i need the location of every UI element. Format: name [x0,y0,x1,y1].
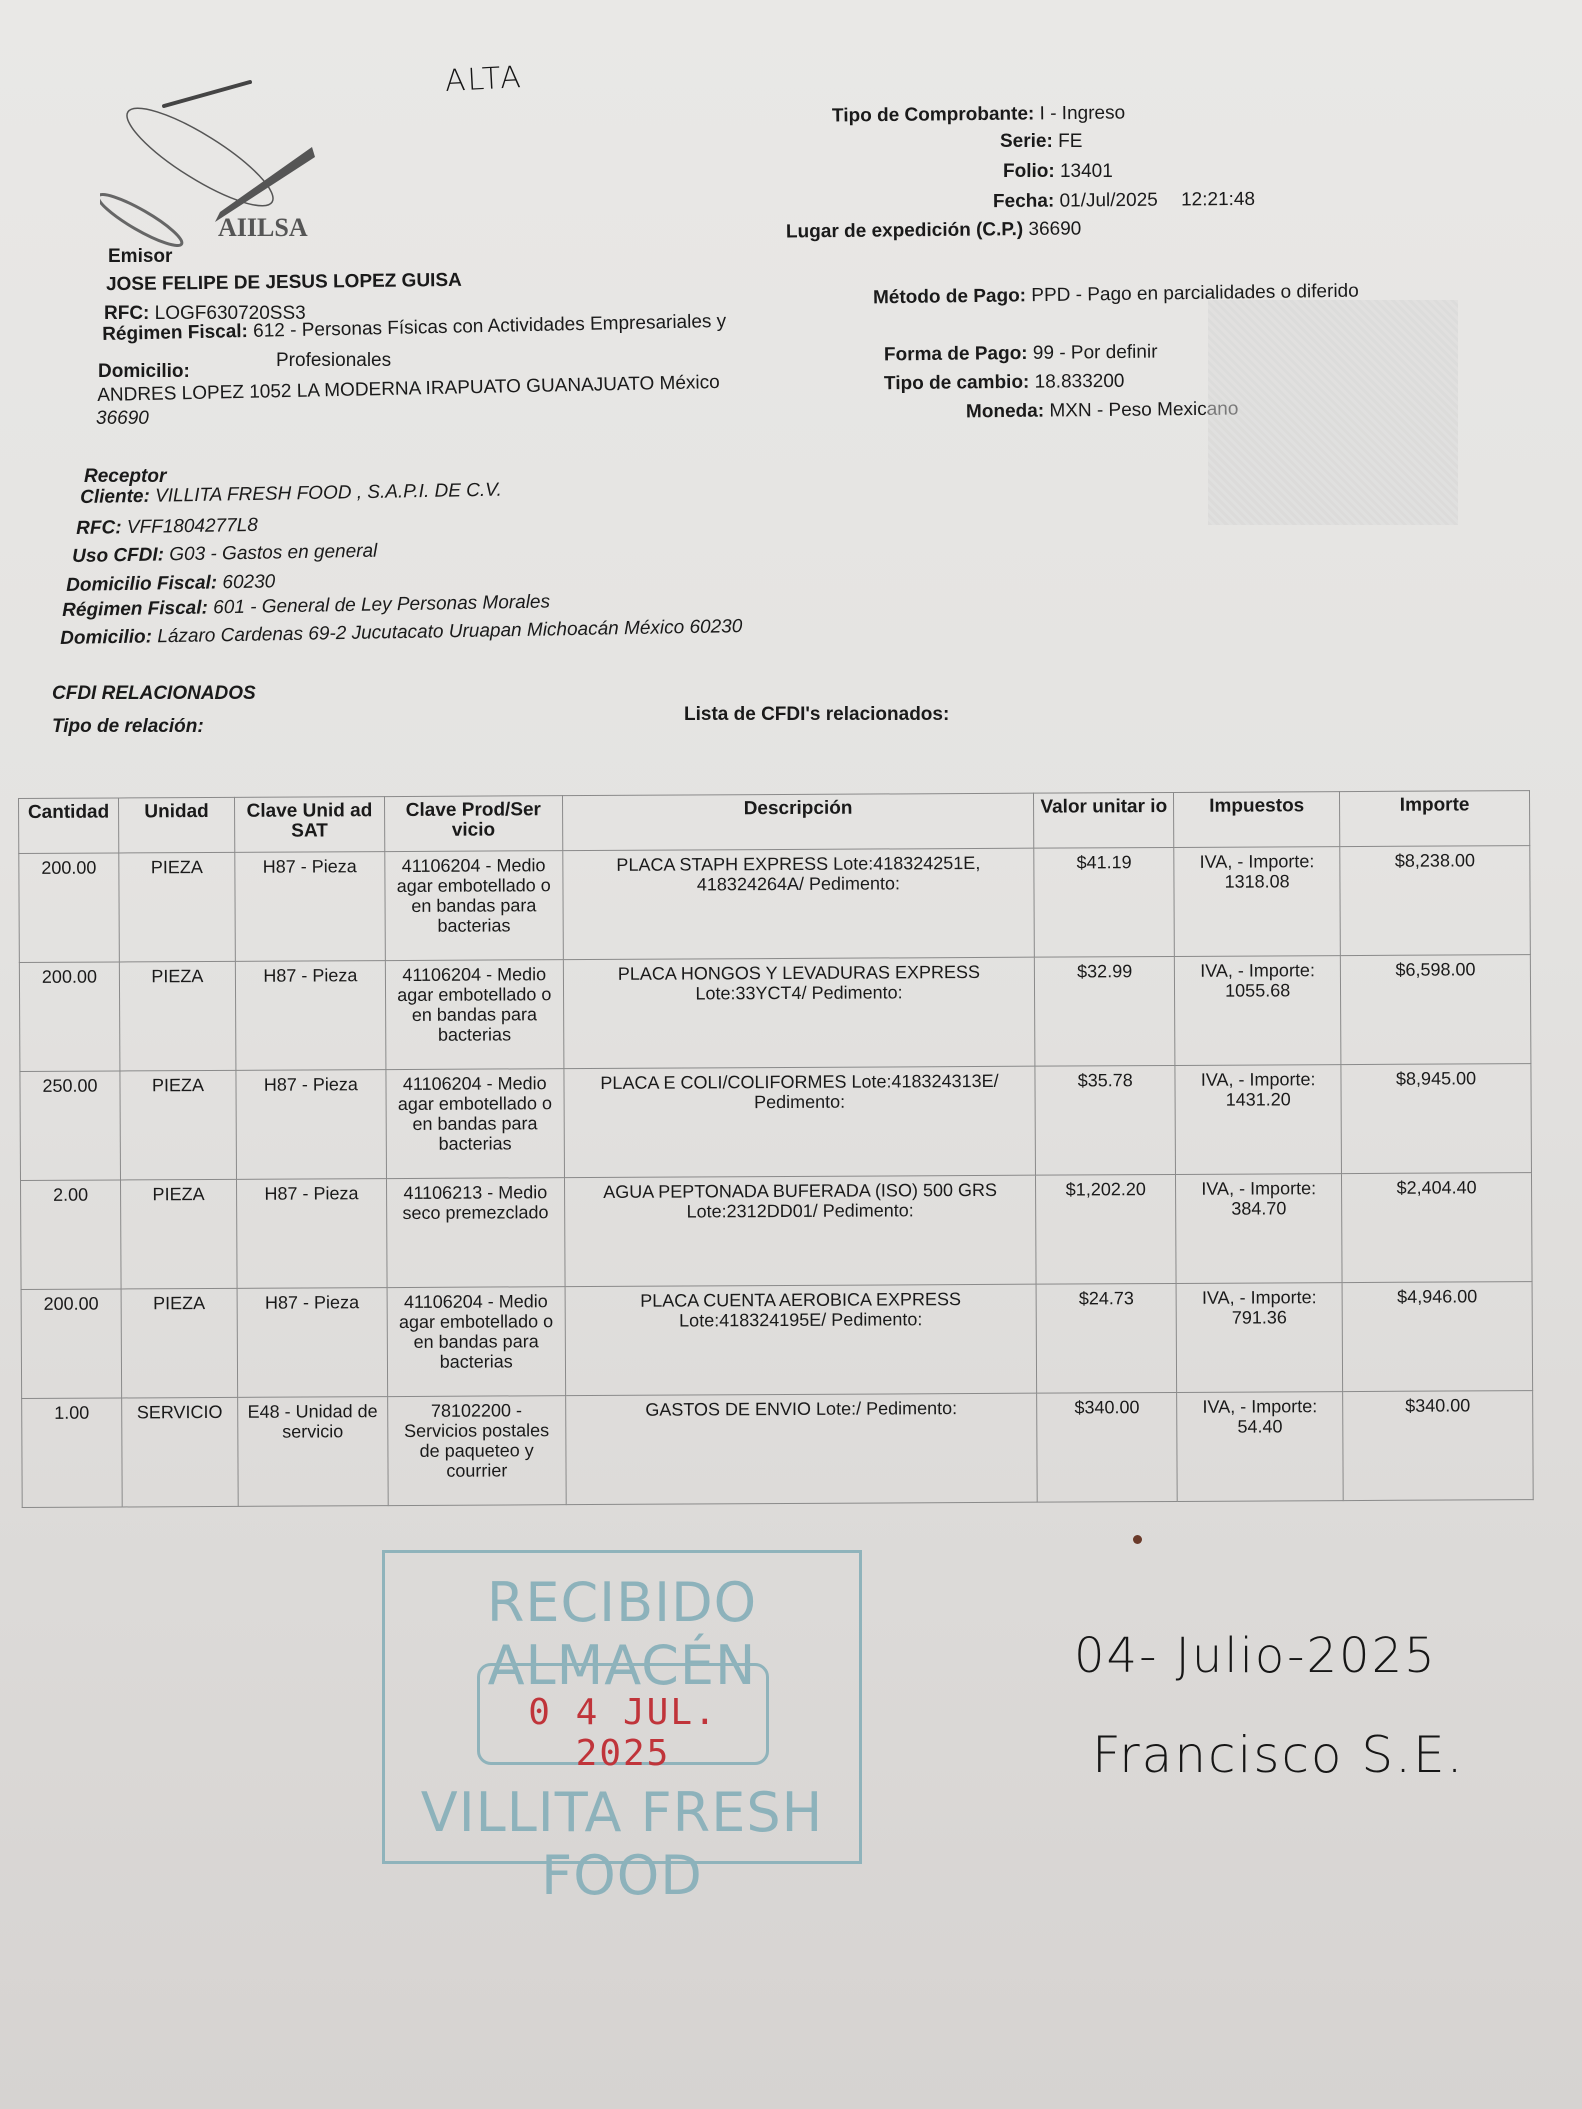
table-row: 2.00 PIEZA H87 - Pieza 41106213 - Medio … [21,1173,1533,1290]
forma-pago: Forma de Pago: 99 - Por definir [884,342,1158,367]
cell-valor-unitario: $24.73 [1036,1283,1176,1393]
cell-descripcion: AGUA PEPTONADA BUFERADA (ISO) 500 GRS Lo… [564,1175,1036,1286]
cambio-value: 18.833200 [1035,371,1125,393]
col-unidad: Unidad [118,797,234,853]
cell-impuestos: IVA, - Importe: 791.36 [1176,1283,1342,1393]
qr-code-icon [1208,300,1458,525]
fecha: Fecha: 01/Jul/2025 12:21:48 [993,189,1255,213]
receptor-domfiscal-value: 60230 [222,571,275,593]
cell-cantidad: 2.00 [21,1180,122,1290]
receptor-uso-cfdi: Uso CFDI: G03 - Gastos en general [72,541,378,568]
cambio-label: Tipo de cambio: [884,372,1030,395]
cell-cantidad: 1.00 [22,1398,123,1508]
lista-cfdi-label: Lista de CFDI's relacionados: [684,704,949,726]
cell-importe: $4,946.00 [1342,1282,1532,1392]
fecha-value: 01/Jul/2025 [1059,190,1157,212]
cell-valor-unitario: $340.00 [1037,1392,1177,1502]
table-row: 200.00 PIEZA H87 - Pieza 41106204 - Medi… [21,1282,1533,1399]
emisor-name: JOSE FELIPE DE JESUS LOPEZ GUISA [106,270,462,296]
lugar-expedicion: Lugar de expedición (C.P.) 36690 [786,218,1082,243]
cell-descripcion: PLACA HONGOS Y LEVADURAS EXPRESS Lote:33… [563,957,1035,1068]
emisor-domicilio-label: Domicilio: [98,361,190,383]
cell-descripcion: PLACA E COLI/COLIFORMES Lote:418324313E/… [564,1066,1036,1177]
stamp-date: 0 4 JUL. 2025 [480,1692,766,1774]
cell-impuestos: IVA, - Importe: 1431.20 [1175,1065,1341,1175]
handwritten-note-alta: ALTA [444,60,523,99]
col-impuestos: Impuestos [1174,792,1340,848]
receptor-rfc-value: VFF1804277L8 [127,515,258,538]
col-clave-unidad-sat: Clave Unid ad SAT [234,797,384,853]
col-clave-prod-serv: Clave Prod/Ser vicio [384,796,562,852]
receptor-domicilio: Domicilio: Lázaro Cardenas 69-2 Jucutaca… [60,616,743,650]
table-row: 200.00 PIEZA H87 - Pieza 41106204 - Medi… [19,955,1531,1072]
cell-importe: $6,598.00 [1340,955,1530,1065]
cell-impuestos: IVA, - Importe: 54.40 [1177,1392,1343,1502]
receptor-regimen-value: 601 - General de Ley Personas Morales [213,591,550,618]
receptor-domicilio-fiscal: Domicilio Fiscal: 60230 [66,571,275,597]
cell-unidad: PIEZA [119,961,236,1071]
tipo-cambio: Tipo de cambio: 18.833200 [884,371,1125,396]
table-header-row: Cantidad Unidad Clave Unid ad SAT Clave … [19,791,1530,854]
receptor-cliente-value: VILLITA FRESH FOOD , S.A.P.I. DE C.V. [155,480,502,507]
cell-descripcion: PLACA STAPH EXPRESS Lote:418324251E, 418… [563,848,1035,959]
tipo-comprobante: Tipo de Comprobante: I - Ingreso [832,102,1125,127]
handwritten-date: 04- Julio-2025 [1074,1628,1437,1684]
cell-impuestos: IVA, - Importe: 1055.68 [1175,956,1341,1066]
cell-cantidad: 200.00 [21,1289,122,1399]
serie-value: FE [1058,131,1082,152]
cell-importe: $2,404.40 [1342,1173,1532,1283]
stamp-date-box: 0 4 JUL. 2025 [477,1663,769,1765]
cell-clave-unidad: E48 - Unidad de servicio [238,1397,388,1507]
tipo-comprobante-label: Tipo de Comprobante: [832,103,1035,126]
cell-descripcion: GASTOS DE ENVIO Lote:/ Pedimento: [565,1393,1037,1504]
emisor-rfc-label: RFC: [104,303,149,324]
lugar-value: 36690 [1028,218,1081,240]
cell-clave-prod: 41106204 - Medio agar embotellado o en b… [386,1069,564,1179]
serie: Serie: FE [1000,131,1082,153]
cell-clave-prod: 78102200 - Servicios postales de paquete… [387,1396,565,1506]
cfdi-relacionados-heading: CFDI RELACIONADOS [52,683,256,705]
cell-unidad: PIEZA [121,1288,238,1398]
folio-value: 13401 [1060,161,1113,182]
col-importe: Importe [1340,791,1530,847]
cell-valor-unitario: $35.78 [1035,1065,1175,1175]
folio-label: Folio: [1003,161,1055,182]
cell-cantidad: 200.00 [19,962,120,1072]
cell-impuestos: IVA, - Importe: 384.70 [1176,1174,1342,1284]
cell-descripcion: PLACA CUENTA AEROBICA EXPRESS Lote:41832… [565,1284,1037,1395]
cell-valor-unitario: $41.19 [1034,847,1174,957]
cell-valor-unitario: $1,202.20 [1036,1174,1176,1284]
forma-label: Forma de Pago: [884,343,1028,366]
receptor-domfiscal-label: Domicilio Fiscal: [66,572,217,596]
cell-clave-prod: 41106204 - Medio agar embotellado o en b… [385,960,563,1070]
tipo-relacion-label: Tipo de relación: [52,716,204,738]
cell-unidad: PIEZA [119,852,236,962]
ink-dot [1133,1535,1142,1544]
table-row: 250.00 PIEZA H87 - Pieza 41106204 - Medi… [20,1064,1532,1181]
logo-text: AIILSA [218,213,308,243]
cell-importe: $340.00 [1343,1391,1533,1501]
receptor-domicilio-value: Lázaro Cardenas 69-2 Jucutacato Uruapan … [157,616,742,647]
cell-clave-unidad: H87 - Pieza [235,852,385,962]
cell-clave-prod: 41106213 - Medio seco premezclado [386,1178,564,1288]
items-table: Cantidad Unidad Clave Unid ad SAT Clave … [18,790,1534,1508]
cell-clave-prod: 41106204 - Medio agar embotellado o en b… [385,851,563,961]
cell-clave-unidad: H87 - Pieza [235,961,385,1071]
table-row: 1.00 SERVICIO E48 - Unidad de servicio 7… [22,1391,1534,1508]
receptor-regimen: Régimen Fiscal: 601 - General de Ley Per… [62,591,550,622]
receptor-rfc: RFC: VFF1804277L8 [76,515,258,540]
serie-label: Serie: [1000,131,1053,152]
lugar-label: Lugar de expedición (C.P.) [786,219,1023,242]
emisor-heading: Emisor [108,246,172,268]
cell-clave-unidad: H87 - Pieza [236,1179,386,1289]
receptor-heading: Receptor [84,466,166,488]
receptor-rfc-label: RFC: [76,517,122,539]
cell-unidad: SERVICIO [122,1397,239,1507]
cell-valor-unitario: $32.99 [1035,956,1175,1066]
col-valor-unitario: Valor unitar io [1034,792,1174,848]
receptor-regimen-label: Régimen Fiscal: [62,597,208,621]
moneda-label: Moneda: [966,401,1044,423]
col-cantidad: Cantidad [19,798,119,854]
cell-unidad: PIEZA [120,1070,237,1180]
cell-impuestos: IVA, - Importe: 1318.08 [1174,847,1340,957]
cell-cantidad: 200.00 [19,853,120,963]
tipo-comprobante-value: I - Ingreso [1039,102,1125,124]
emisor-regimen-value-cont: Profesionales [276,350,391,372]
handwritten-signature: Francisco S.E. [1092,1726,1465,1784]
hora-value: 12:21:48 [1181,189,1255,211]
cell-clave-prod: 41106204 - Medio agar embotellado o en b… [387,1287,565,1397]
metodo-label: Método de Pago: [873,285,1026,308]
cell-importe: $8,945.00 [1341,1064,1531,1174]
emisor-domicilio-value: ANDRES LOPEZ 1052 LA MODERNA IRAPUATO GU… [97,372,720,407]
emisor-regimen-label: Régimen Fiscal: [102,321,248,345]
fecha-label: Fecha: [993,191,1054,213]
stamp-bottom-text: VILLITA FRESH FOOD [385,1781,859,1907]
moneda: Moneda: MXN - Peso Mexicano [966,399,1239,424]
receptor-uso-label: Uso CFDI: [72,544,164,567]
receptor-uso-value: G03 - Gastos en general [169,541,377,566]
cell-unidad: PIEZA [120,1179,237,1289]
emisor-domicilio-cp: 36690 [96,408,149,430]
cell-clave-unidad: H87 - Pieza [237,1288,387,1398]
table-row: 200.00 PIEZA H87 - Pieza 41106204 - Medi… [19,846,1531,963]
receptor-cliente-label: Cliente: [80,486,150,508]
cell-clave-unidad: H87 - Pieza [236,1070,386,1180]
col-descripcion: Descripción [562,793,1034,850]
folio: Folio: 13401 [1003,161,1113,183]
cell-cantidad: 250.00 [20,1071,121,1181]
forma-value: 99 - Por definir [1033,342,1158,364]
cell-importe: $8,238.00 [1340,846,1530,956]
received-stamp: RECIBIDO ALMACÉN 0 4 JUL. 2025 VILLITA F… [382,1550,862,1864]
receptor-domicilio-label: Domicilio: [60,626,152,649]
emisor-regimen-value: 612 - Personas Físicas con Actividades E… [253,311,726,342]
